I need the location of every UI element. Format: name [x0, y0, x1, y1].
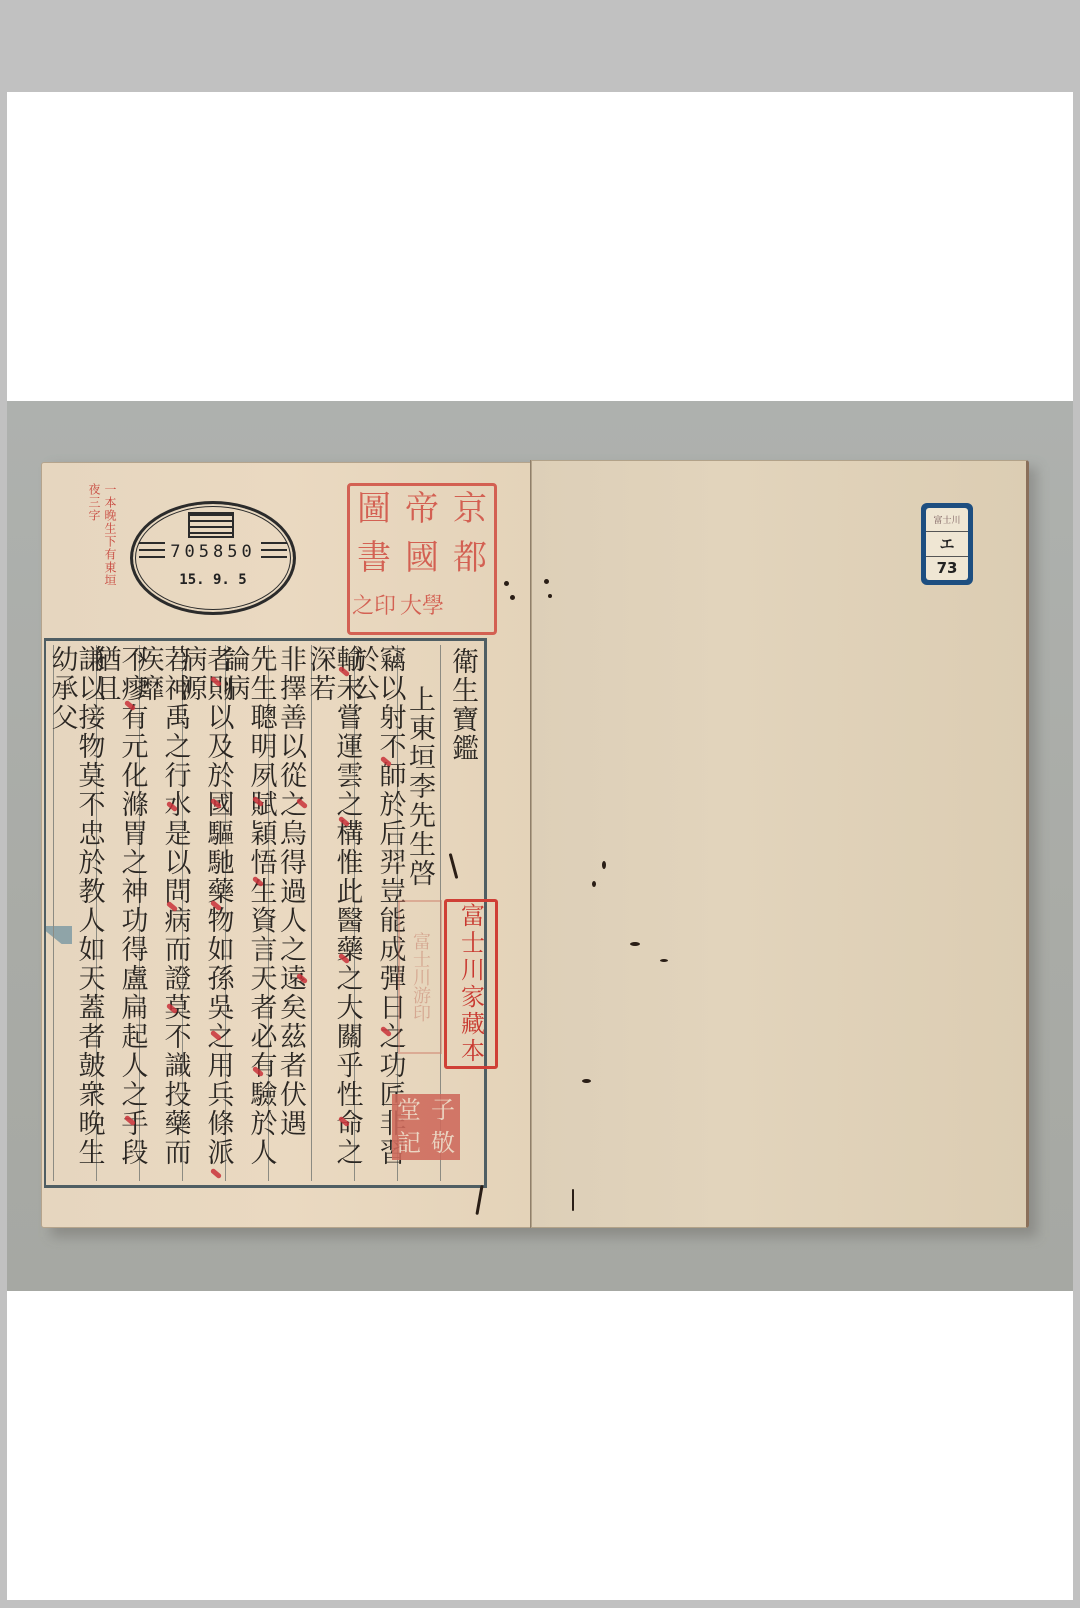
- seal-char: 記: [392, 1127, 426, 1160]
- library-seal: 圖 帝 京 書 國 都 之印 大學: [347, 483, 497, 635]
- seal-char: 書: [350, 535, 398, 584]
- accession-stamp: 705850 15. 9. 5: [130, 501, 296, 615]
- seal-char: [446, 583, 494, 632]
- book-title: 衛生寶鑑: [449, 647, 476, 763]
- small-seal: 堂 子 記 敬: [392, 1094, 460, 1160]
- left-page: 一本晚生下有東垣 夜三字 705850 15. 9. 5 圖 帝 京 書 國 都…: [41, 462, 533, 1228]
- shelf-label-class: エ: [926, 532, 968, 556]
- faded-seal-text: 富士川游印: [407, 932, 433, 1022]
- worm-track-mark: [475, 1185, 483, 1215]
- stamp-emblem-icon: [188, 512, 234, 538]
- wormhole-mark: [548, 594, 552, 598]
- shelf-label-number: 73: [926, 557, 968, 580]
- text-column-content: 謙以接物莫不忠於教人如天蓋者皷衆晚生幼承父: [49, 645, 103, 1181]
- shelf-label-inner: 富士川 エ 73: [926, 508, 968, 580]
- accession-date: 15. 9. 5: [133, 572, 293, 588]
- collection-seal: 富士川家藏本: [444, 899, 498, 1069]
- right-page: 富士川 エ 73: [531, 460, 1029, 1228]
- shelf-label: 富士川 エ 73: [921, 503, 973, 585]
- wormhole-mark: [504, 581, 509, 586]
- text-column: 輸未嘗運雲之構惟此醫藥之大關乎性命之深若: [311, 645, 355, 1181]
- marginal-note-line-2: 夜三字: [88, 483, 100, 522]
- wormhole-mark: [510, 595, 515, 600]
- seal-char: 之印: [350, 583, 398, 632]
- marginal-note-line-1: 一本晚生下有東垣: [104, 483, 116, 587]
- seal-char: 大學: [398, 583, 446, 632]
- shelf-label-collection: 富士川: [926, 508, 968, 532]
- text-column-content: 輸未嘗運雲之構惟此醫藥之大關乎性命之深若: [307, 645, 361, 1181]
- book-photograph: 一本晚生下有東垣 夜三字 705850 15. 9. 5 圖 帝 京 書 國 都…: [7, 401, 1073, 1291]
- wormhole-mark: [602, 861, 606, 869]
- collection-seal-text: 富士川家藏本: [454, 903, 489, 1065]
- seal-char: 子: [426, 1094, 460, 1127]
- seal-char: 都: [446, 535, 494, 584]
- letter-heading: 上東垣李先生啓: [406, 685, 433, 888]
- seal-char: 堂: [392, 1094, 426, 1127]
- seal-char: 圖: [350, 486, 398, 535]
- seal-char: 帝: [398, 486, 446, 535]
- seal-char: 敬: [426, 1127, 460, 1160]
- wormhole-mark: [630, 942, 640, 946]
- wormhole-mark: [660, 959, 668, 962]
- wormhole-mark: [544, 579, 549, 584]
- worm-track-mark: [572, 1189, 574, 1211]
- wormhole-mark: [592, 881, 596, 887]
- accession-number: 705850: [133, 542, 293, 562]
- faded-seal: 富士川游印: [398, 900, 442, 1054]
- text-column-content: 非擇善以從之烏得過人之遠矣茲者伏遇: [277, 645, 304, 1138]
- seal-char: 國: [398, 535, 446, 584]
- text-column: 謙以接物莫不忠於教人如天蓋者皷衆晚生幼承父: [53, 645, 97, 1181]
- wormhole-mark: [582, 1079, 591, 1083]
- seal-char: 京: [446, 486, 494, 535]
